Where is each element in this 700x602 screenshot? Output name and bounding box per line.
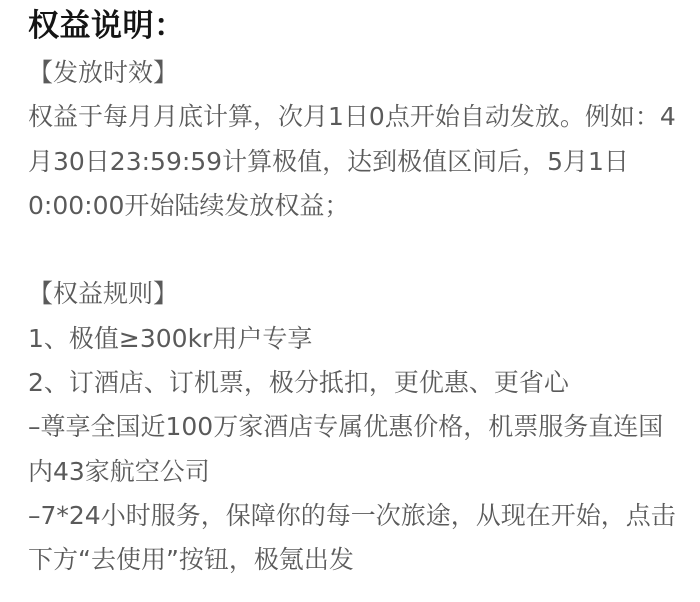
text-line: 月30日23:59:59计算极值，达到极值区间后，5月1日 xyxy=(28,140,676,184)
text-line: 1、极值≥300kr用户专享 xyxy=(28,317,676,361)
section-heading-benefit-rules: 【权益规则】 xyxy=(28,272,676,316)
text-line: –7*24小时服务，保障你的每一次旅途，从现在开始，点击 xyxy=(28,494,676,538)
text-line: 内43家航空公司 xyxy=(28,450,676,494)
page-title: 权益说明： xyxy=(28,2,676,50)
text-line: 下方“去使用”按钮，极氪出发 xyxy=(28,538,676,582)
text-line: 2、订酒店、订机票，极分抵扣，更优惠、更省心 xyxy=(28,361,676,405)
blank-line xyxy=(28,228,676,272)
text-line: –尊享全国近100万家酒店专属优惠价格，机票服务直连国 xyxy=(28,405,676,449)
benefits-description-page: 权益说明： 【发放时效】 权益于每月月底计算，次月1日0点开始自动发放。例如：4… xyxy=(0,0,700,602)
section-heading-issuance-timing: 【发放时效】 xyxy=(28,51,676,95)
text-line: 权益于每月月底计算，次月1日0点开始自动发放。例如：4 xyxy=(28,95,676,139)
text-line: 0:00:00开始陆续发放权益； xyxy=(28,184,676,228)
